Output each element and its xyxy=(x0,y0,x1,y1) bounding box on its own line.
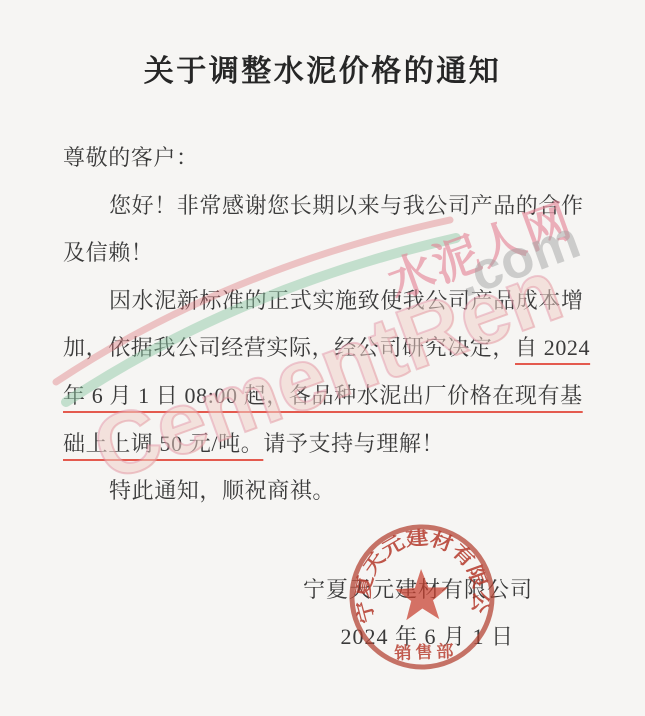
body-line: 尊敬的客户： xyxy=(63,134,590,182)
text-segment: 特此通知，顺祝商祺。 xyxy=(109,478,335,503)
signature-company: 宁夏天元建材有限公司 xyxy=(0,573,533,604)
seal-company-text: 宁夏天元建材有限公司 xyxy=(339,514,492,626)
text-segment: 及信赖！ xyxy=(63,240,153,265)
underlined-text: 自 2024 xyxy=(515,335,590,360)
body-line: 特此通知，顺祝商祺。 xyxy=(63,467,590,515)
text-segment: 因水泥新标准的正式实施致使我公司产品成本增 xyxy=(109,288,584,313)
body-line: 年 6 月 1 日 08:00 起，各品种水泥出厂价格在现有基 xyxy=(63,372,590,420)
underlined-text: 础上上调 50 元/吨。 xyxy=(63,431,263,456)
text-segment: 尊敬的客户： xyxy=(63,145,199,170)
body-line: 因水泥新标准的正式实施致使我公司产品成本增 xyxy=(63,277,590,325)
body-line: 加，依据我公司经营实际，经公司研究决定，自 2024 xyxy=(63,324,590,372)
text-segment: 加，依据我公司经营实际，经公司研究决定， xyxy=(63,335,515,360)
signature-date: 2024 年 6 月 1 日 xyxy=(0,620,514,651)
underlined-text: 年 6 月 1 日 08:00 起，各品种水泥出厂价格在现有基 xyxy=(63,383,583,408)
body-line: 础上上调 50 元/吨。请予支持与理解！ xyxy=(63,420,590,468)
text-segment: 请予支持与理解！ xyxy=(263,431,444,456)
document-title: 关于调整水泥价格的通知 xyxy=(0,52,645,92)
body-text: 尊敬的客户：您好！非常感谢您长期以来与我公司产品的合作及信赖！因水泥新标准的正式… xyxy=(63,134,590,515)
text-segment: 您好！非常感谢您长期以来与我公司产品的合作 xyxy=(109,193,584,218)
body-line: 及信赖！ xyxy=(63,229,590,277)
notice-document: 关于调整水泥价格的通知 尊敬的客户：您好！非常感谢您长期以来与我公司产品的合作及… xyxy=(0,0,645,716)
body-line: 您好！非常感谢您长期以来与我公司产品的合作 xyxy=(63,182,590,230)
svg-text:宁夏天元建材有限公司: 宁夏天元建材有限公司 xyxy=(339,514,492,626)
